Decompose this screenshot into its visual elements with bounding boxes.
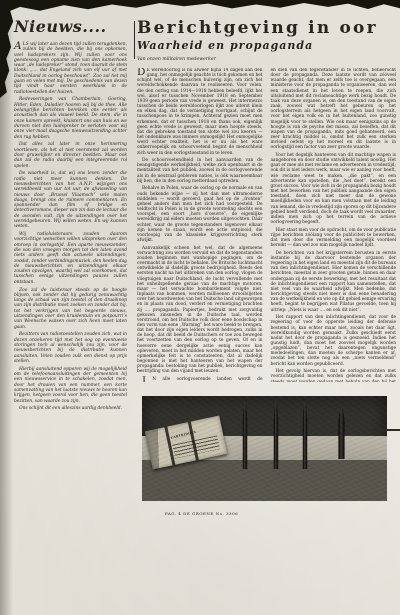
paragraph: Behalve in Polen, waar de oorlog op de n… [137,186,263,243]
news-column-title: Nieuws.... [14,18,127,36]
paragraph: Aanvankelijk scheen het wel, dat de alge… [137,246,263,375]
newspaper-page: Nieuws.... ALS wij later aan dezen tijd … [0,0,400,615]
main-article: Berichtgeving in oor Waarheid en propaga… [137,18,396,516]
article-column-right: en dien van den tegenstander in te licht… [271,68,397,382]
article-byline: Van onzen militairen medewerker [137,57,396,63]
torn-edge-top [0,0,400,15]
column-divider [134,21,135,59]
article-column-left: DE wereldoorlog is nu alweer bijna 14 da… [137,68,263,382]
paragraph: Voor het degelijk hanteeren van dit mach… [271,153,397,225]
paragraph: IN alle oorlogvoerende landen wordt de b… [137,377,263,382]
news-paragraph: Bezitters van radiotoestellen zouden zic… [14,332,127,364]
news-paragraph: De waarheid is, dat wij ons leven zonder… [14,171,127,229]
paragraph: en dien van den tegenstander in te licht… [271,68,397,151]
news-paragraph: Ons schijnt dit een alleszins aardig den… [14,406,127,411]
paragraph-text: N alle oorlogvoerende landen wordt de be… [137,377,263,382]
paragraph: Het rapport van den inlichtingendienst, … [271,315,397,367]
article-subtitle: Waarheid en propaganda [137,39,396,52]
drop-cap: A [14,42,23,51]
cartridges-photo: CARTRIDGES [142,396,387,501]
article-body: DE wereldoorlog is nu alweer bijna 14 da… [137,68,396,382]
paragraph: De berichten van het krijgsterrein berus… [271,251,397,313]
news-paragraph: Redevoeringen van Chamberlain, Goering, … [14,97,127,139]
registration-mark [373,429,400,431]
drop-cap: D [137,68,147,77]
drop-cap: I [137,377,147,382]
paragraph-text: LS wij later aan dezen tijd zullen terug… [14,42,127,95]
paragraph: Hier staat men voor de opdracht, om de v… [271,228,397,249]
paragraph-text: E wereldoorlog is nu alweer bijna 14 dag… [137,68,263,156]
photo-caption: PAG. 4 DE GROENE No. 3306 [165,511,396,516]
news-paragraph: Hierbij aansluitend opperen wij de mogel… [14,367,127,404]
article-headline: Berichtgeving in oor [137,18,396,38]
news-paragraph: Zoo zal de luisteraar steeds op de hoogt… [14,288,127,330]
news-paragraph: ALS wij later aan dezen tijd zullen teru… [14,42,127,95]
news-paragraph: Dat alles zal later in onze herinnering … [14,142,127,168]
news-column: Nieuws.... ALS wij later aan dezen tijd … [14,18,127,414]
news-paragraph: Wij radioluisteraars zouden daarom voorz… [14,232,127,285]
photo-floor [142,460,387,501]
paragraph: Het gevolg hiervan is, dat de oorlogsber… [271,369,397,382]
paragraph: De schoorvoetendheid in het aanvaarden v… [137,158,263,184]
paragraph: DE wereldoorlog is nu alweer bijna 14 da… [137,68,263,156]
